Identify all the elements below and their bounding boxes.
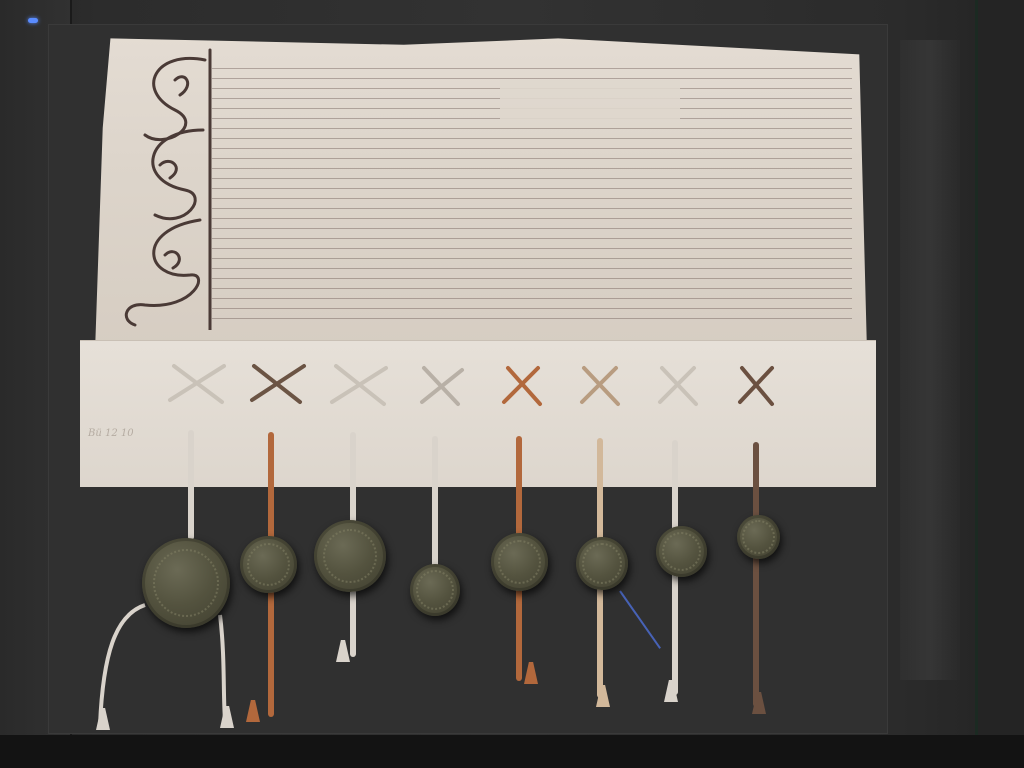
- cord-stitch-1: [166, 360, 228, 410]
- wax-seal-7: [656, 526, 707, 577]
- museum-display-photo: Bü 12 10: [0, 0, 1024, 768]
- indicator-light: [28, 18, 38, 23]
- wax-seal-2: [240, 536, 297, 593]
- cord-stitch-4: [418, 360, 480, 410]
- cord-stitch-3: [328, 360, 390, 410]
- wax-seal-5: [491, 533, 548, 591]
- seal-cord-4: [432, 436, 438, 576]
- cord-stitch-2: [248, 360, 310, 410]
- glass-reflection: [900, 40, 960, 680]
- cord-stitch-8: [736, 360, 798, 410]
- wax-seal-6: [576, 537, 628, 590]
- seal-cord-1: [188, 430, 194, 540]
- case-floor-shadow: [0, 735, 1024, 768]
- wax-seal-1: [142, 538, 230, 628]
- calligraphic-initial-icon: [115, 40, 215, 330]
- archive-note: Bü 12 10: [88, 428, 134, 439]
- wax-seal-8: [737, 515, 780, 559]
- cord-stitch-7: [656, 360, 718, 410]
- display-case-glass-right: [975, 0, 1024, 768]
- wax-seal-3: [314, 520, 386, 592]
- seal-cord-8: [753, 442, 759, 707]
- cord-stitch-6: [578, 360, 640, 410]
- parchment-light-patch: [500, 80, 680, 120]
- wax-seal-4: [410, 564, 460, 616]
- cord-stitch-5: [500, 360, 562, 410]
